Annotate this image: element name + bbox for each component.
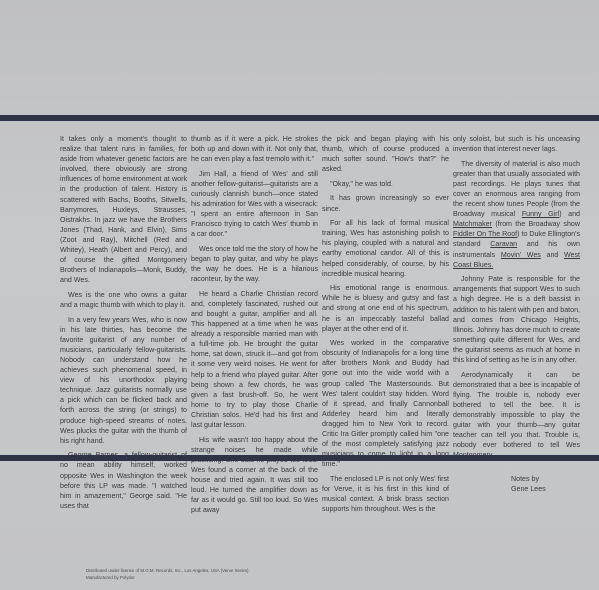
credit-label: Notes by [511,474,580,484]
liner-column-2: thumb as if it were a pick. He strokes b… [191,134,318,520]
liner-column-4: only soloist, but such is his unceasing … [453,134,580,520]
paragraph: only soloist, but such is his unceasing … [453,134,580,154]
paragraph: It has grown increasingly so ever since. [322,193,449,213]
paragraph: His wife wasn't too happy about the stra… [191,435,318,516]
credit-author: Gene Lees [511,484,580,494]
paragraph: For all his lack of formal musical train… [322,218,449,279]
paragraph: His emotional range is enormous. While h… [322,283,449,333]
paragraph: The diversity of material is also much g… [453,159,580,270]
paragraph: In a very few years Wes, who is now in h… [60,315,187,446]
footer-legal: Distributed under license of M.G.M. Reco… [86,568,249,581]
liner-column-1: It takes only a moment's thought to real… [60,134,187,520]
paragraph: Wes worked in the comparative obscurity … [322,338,449,469]
credit: Notes by Gene Lees [453,474,580,494]
paragraph: The enclosed LP is not only Wes' first f… [322,474,449,514]
bottom-rule [0,455,599,461]
paragraph: He heard a Charlie Christian record and,… [191,289,318,430]
paragraph: Aerodynamically it can be demonstrated t… [453,370,580,461]
paragraph: Jim Hall, a friend of Wes' and still ano… [191,169,318,240]
paragraph: thumb as if it were a pick. He strokes b… [191,134,318,164]
paragraph: Wes once told me the story of how he beg… [191,244,318,284]
liner-column-3: the pick and began playing with his thum… [322,134,449,520]
album-back-cover: It takes only a moment's thought to real… [0,0,599,590]
footer-distribution: Distributed under license of M.G.M. Reco… [86,568,249,575]
footer-manufacturer: Manufactured by Polydor [86,575,249,582]
paragraph: the pick and began playing with his thum… [322,134,449,174]
paragraph: Johnny Pate is responsible for the arran… [453,274,580,365]
paragraph: "Okay," he was told. [322,179,449,189]
paragraph: It takes only a moment's thought to real… [60,134,187,285]
top-rule [0,115,599,121]
liner-notes: It takes only a moment's thought to real… [60,134,582,452]
paragraph: Wes is the one who owns a guitar and a m… [60,290,187,310]
